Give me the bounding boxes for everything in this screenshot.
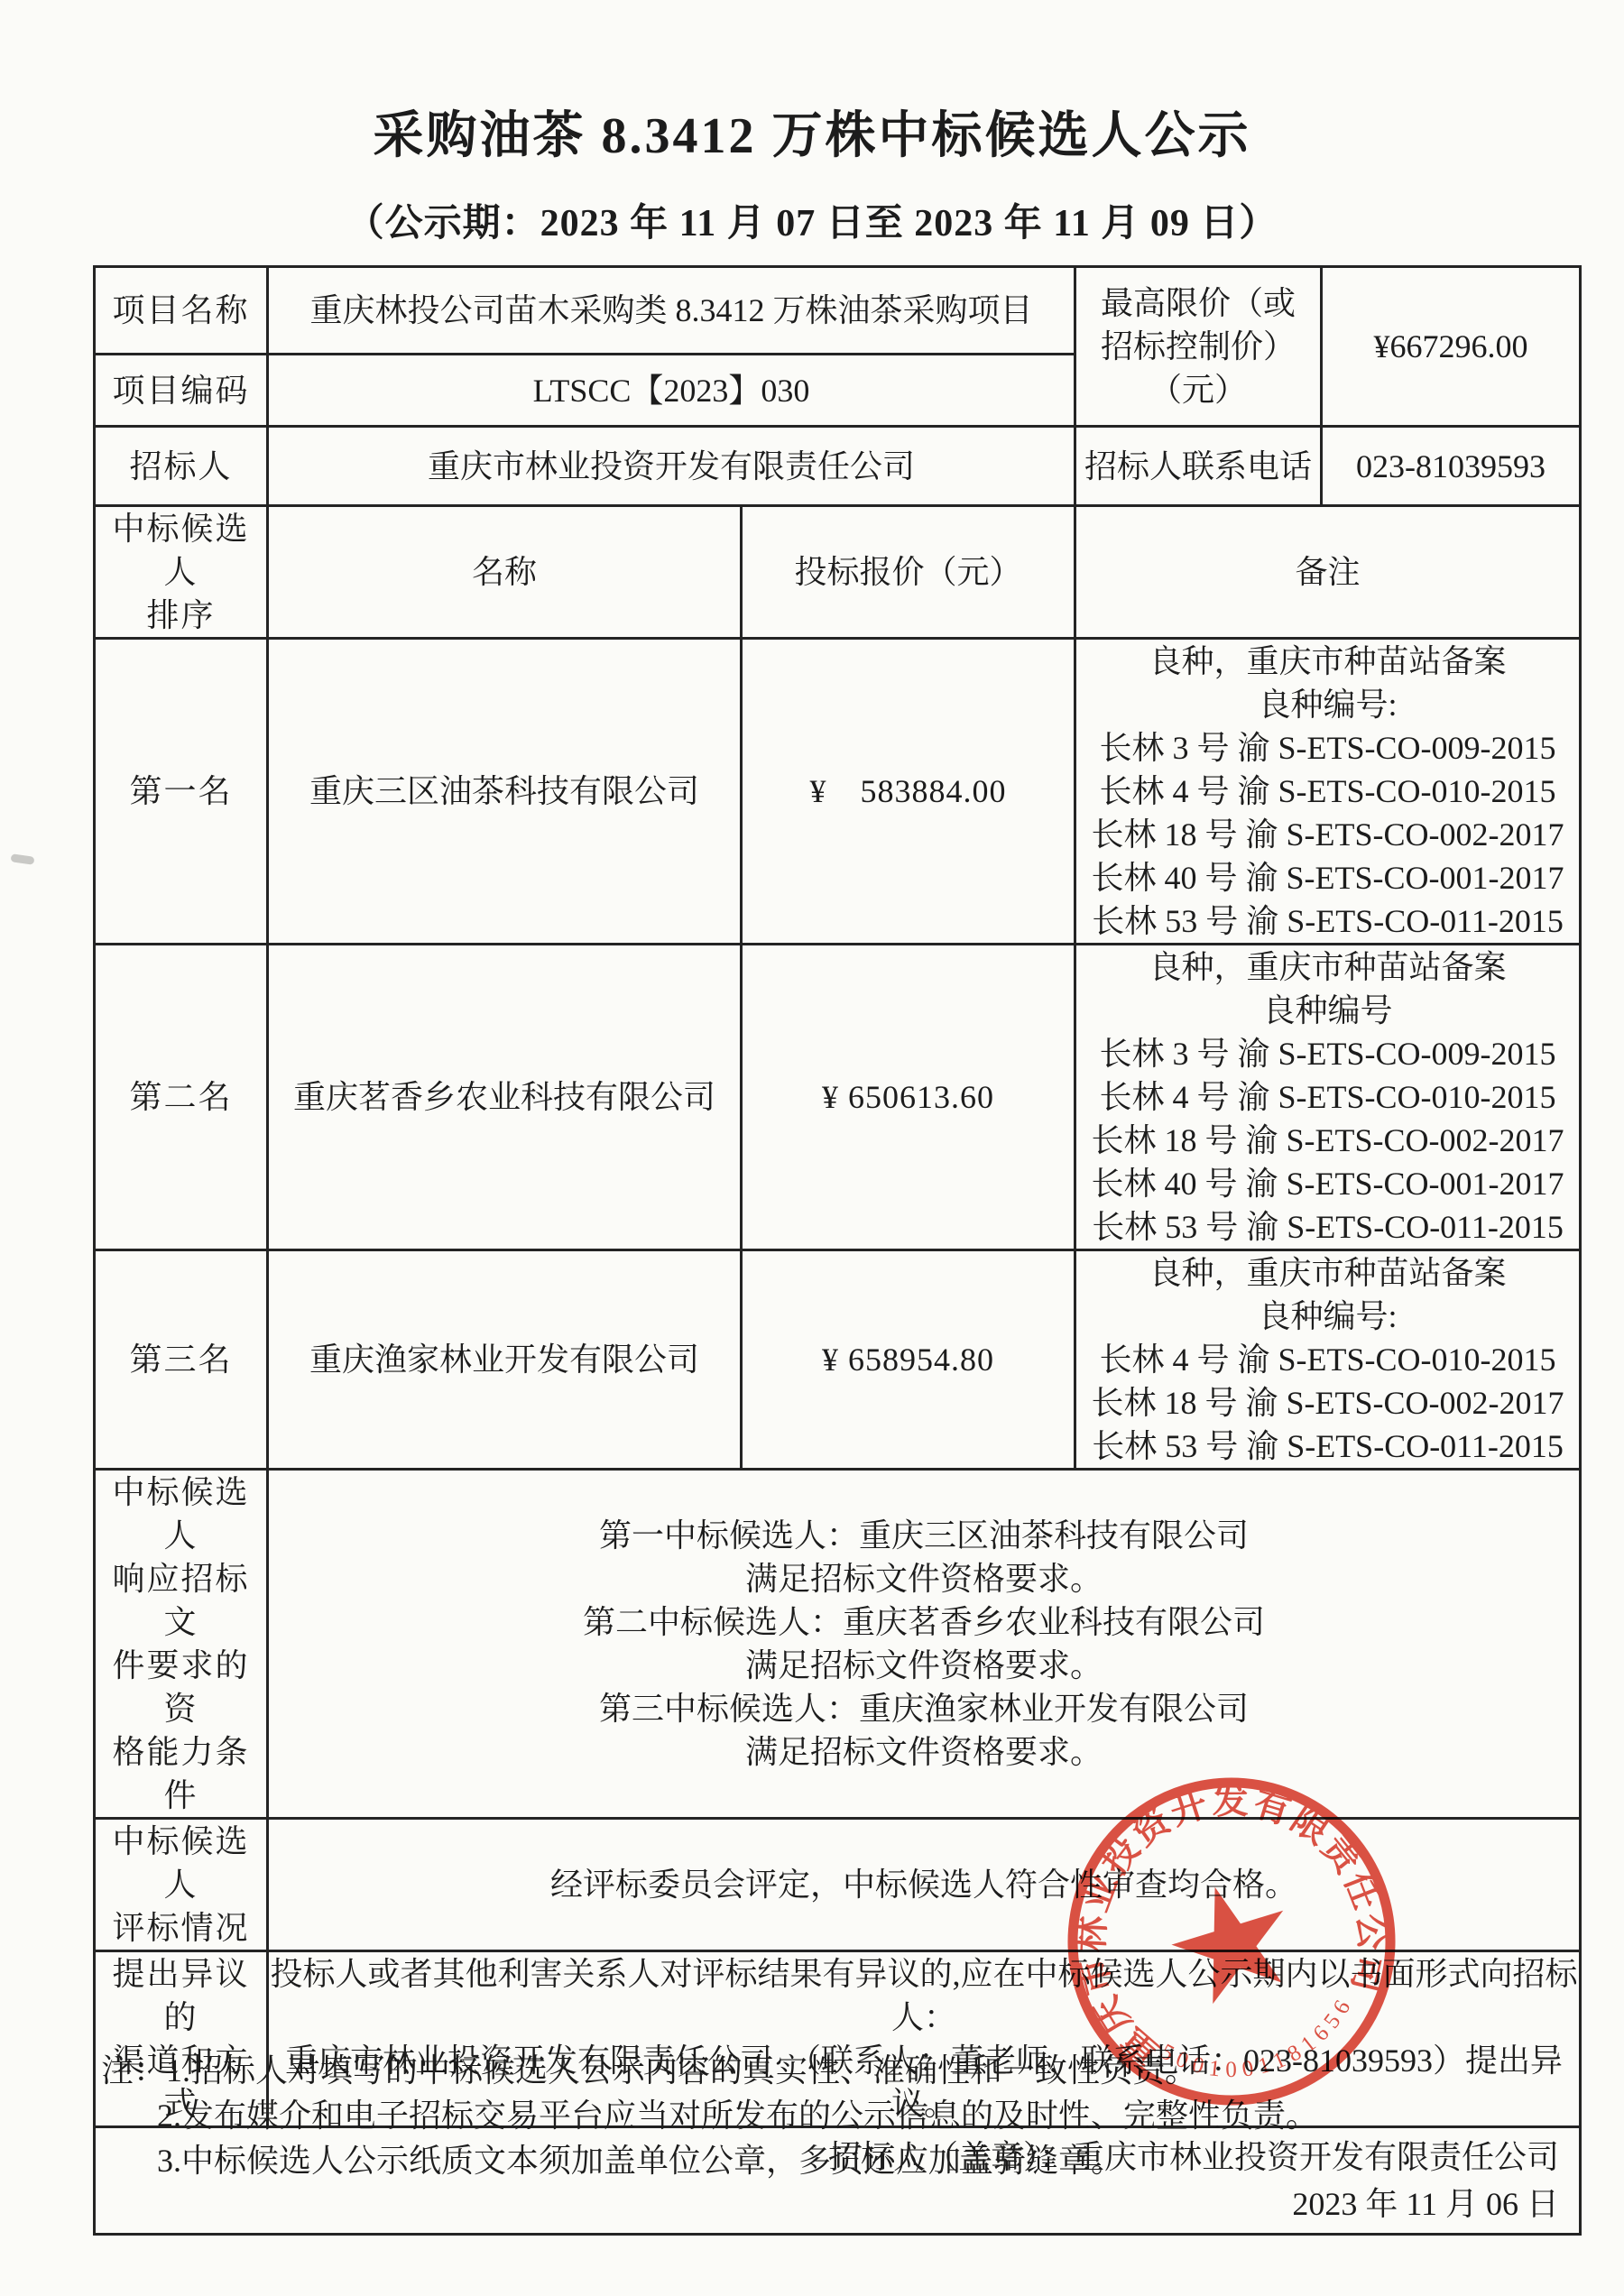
project-name-value: 重庆林投公司苗木采购类 8.3412 万株油茶采购项目 [268,267,1075,355]
candidate-row: 第一名 重庆三区油茶科技有限公司 ¥ 583884.00 良种，重庆市种苗站备案… [95,639,1581,945]
project-name-label: 项目名称 [95,267,268,355]
candidate-row: 第二名 重庆茗香乡农业科技有限公司 ¥ 650613.60 良种，重庆市种苗站备… [95,945,1581,1250]
max-price-label: 最高限价（或 招标控制价）（元） [1075,267,1322,427]
rank-header: 中标候选人 排序 [95,506,268,639]
max-price-value: ¥667296.00 [1322,267,1581,427]
project-code-label: 项目编码 [95,355,268,427]
candidate-price: ¥ 583884.00 [742,639,1075,945]
qualification-label: 中标候选人 响应招标文 件要求的资 格能力条件 [95,1470,268,1819]
candidate-remark: 良种，重庆市种苗站备案 良种编号: 长林 4 号 渝 S-ETS-CO-010-… [1075,1250,1581,1470]
candidate-name: 重庆渔家林业开发有限公司 [268,1250,742,1470]
qualification-row: 中标候选人 响应招标文 件要求的资 格能力条件 第一中标候选人：重庆三区油茶科技… [95,1470,1581,1819]
candidate-remark: 良种，重庆市种苗站备案 良种编号: 长林 3 号 渝 S-ETS-CO-009-… [1075,639,1581,945]
scan-artifact [11,853,35,865]
table-row: 项目名称 重庆林投公司苗木采购类 8.3412 万株油茶采购项目 最高限价（或 … [95,267,1581,355]
tenderer-value: 重庆市林业投资开发有限责任公司 [268,427,1075,506]
candidate-name: 重庆三区油茶科技有限公司 [268,639,742,945]
evaluation-row: 中标候选人 评标情况 经评标委员会评定，中标候选人符合性审查均合格。 [95,1819,1581,1951]
candidate-rank: 第三名 [95,1250,268,1470]
evaluation-content: 经评标委员会评定，中标候选人符合性审查均合格。 [268,1819,1581,1951]
candidates-header-row: 中标候选人 排序 名称 投标报价（元） 备注 [95,506,1581,639]
footnotes: 注：1.招标人对填写的中标候选人公示内容的真实性、准确性和一致性负责。 2.发布… [101,2048,1545,2183]
table-row: 招标人 重庆市林业投资开发有限责任公司 招标人联系电话 023-81039593 [95,427,1581,506]
candidate-row: 第三名 重庆渔家林业开发有限公司 ¥ 658954.80 良种，重庆市种苗站备案… [95,1250,1581,1470]
qualification-content: 第一中标候选人：重庆三区油茶科技有限公司 满足招标文件资格要求。 第二中标候选人… [268,1470,1581,1819]
candidate-rank: 第二名 [95,945,268,1250]
footnote-3: 3.中标候选人公示纸质文本须加盖单位公章，多页还应加盖骑缝章。 [101,2138,1545,2183]
tenderer-phone-value: 023-81039593 [1322,427,1581,506]
candidate-price: ¥ 658954.80 [742,1250,1075,1470]
candidate-remark: 良种，重庆市种苗站备案 良种编号 长林 3 号 渝 S-ETS-CO-009-2… [1075,945,1581,1250]
signature-date: 2023 年 11 月 06 日 [96,2181,1559,2227]
page-title: 采购油茶 8.3412 万株中标候选人公示 [0,96,1624,168]
bid-price-header: 投标报价（元） [742,506,1075,639]
footnote-2: 2.发布媒介和电子招标交易平台应当对所发布的公示信息的及时性、完整性负责。 [101,2093,1545,2138]
tenderer-phone-label: 招标人联系电话 [1075,427,1322,506]
project-code-value: LTSCC【2023】030 [268,355,1075,427]
tenderer-label: 招标人 [95,427,268,506]
remark-header: 备注 [1075,506,1581,639]
footnote-1: 注：1.招标人对填写的中标候选人公示内容的真实性、准确性和一致性负责。 [101,2048,1545,2093]
name-header: 名称 [268,506,742,639]
announcement-table: 项目名称 重庆林投公司苗木采购类 8.3412 万株油茶采购项目 最高限价（或 … [93,265,1582,2236]
evaluation-label: 中标候选人 评标情况 [95,1819,268,1951]
scanned-announcement-page: { "title": "采购油茶 8.3412 万株中标候选人公示", "sub… [0,0,1624,2296]
candidate-rank: 第一名 [95,639,268,945]
candidate-price: ¥ 650613.60 [742,945,1075,1250]
publicity-period: （公示期：2023 年 11 月 07 日至 2023 年 11 月 09 日） [0,193,1624,247]
candidate-name: 重庆茗香乡农业科技有限公司 [268,945,742,1250]
